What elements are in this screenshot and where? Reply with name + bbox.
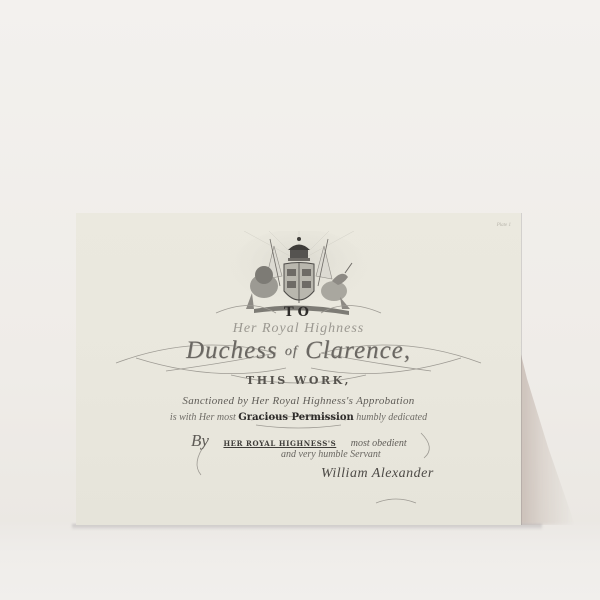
dedication-to: TO bbox=[76, 305, 521, 320]
duchess-word: Duchess bbox=[186, 337, 278, 364]
dedication-plate: Plate 1 bbox=[76, 213, 521, 525]
royal-highness-line: Her Royal Highness bbox=[76, 321, 521, 337]
by-word: By bbox=[191, 431, 209, 450]
signature: William Alexander bbox=[321, 466, 434, 482]
of-word: of bbox=[285, 344, 298, 359]
floor-surface bbox=[0, 522, 600, 600]
plate-mark: Plate 1 bbox=[497, 223, 511, 228]
by-line: By HER ROYAL HIGHNESS'S most obedient bbox=[191, 431, 407, 451]
duchess-title: Duchess of Clarence, bbox=[76, 337, 521, 365]
gracious-permission: Gracious Permission bbox=[238, 412, 354, 423]
servant-line: and very humble Servant bbox=[281, 449, 381, 460]
obedient-text: most obedient bbox=[351, 438, 407, 449]
gracious-suffix: humbly dedicated bbox=[356, 412, 427, 423]
gracious-prefix: is with Her most bbox=[170, 412, 236, 423]
clarence-word: Clarence, bbox=[305, 337, 411, 364]
hrh-text: HER ROYAL HIGHNESS'S bbox=[223, 439, 336, 448]
this-work-line: THIS WORK, bbox=[76, 374, 521, 387]
sanctioned-line: Sanctioned by Her Royal Highness's Appro… bbox=[76, 395, 521, 407]
gracious-permission-line: is with Her most Gracious Permission hum… bbox=[76, 412, 521, 423]
